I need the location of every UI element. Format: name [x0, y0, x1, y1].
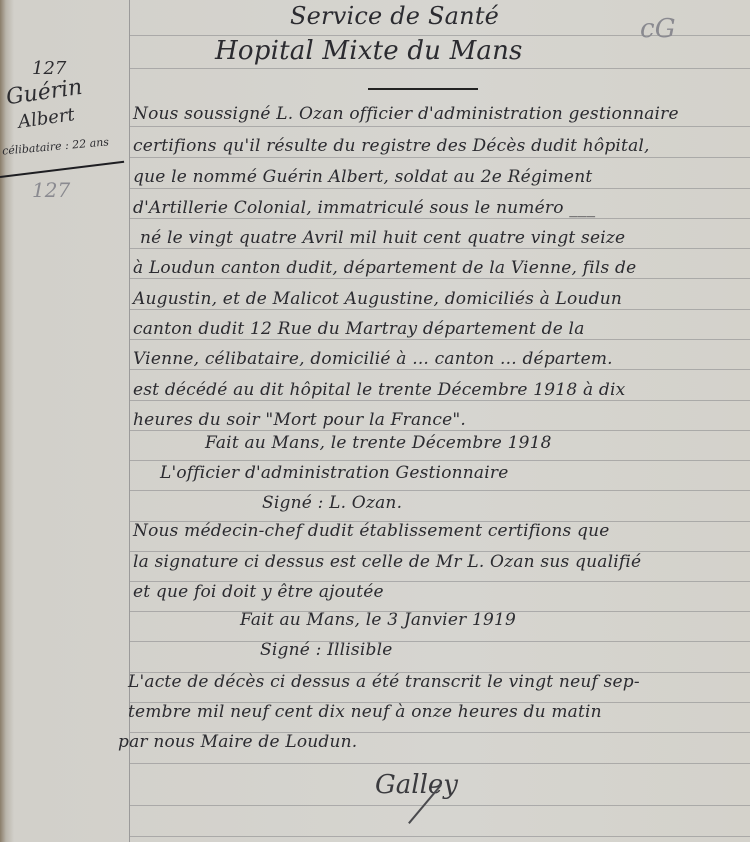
header-service: Service de Santé: [290, 2, 499, 30]
ruled-line: [130, 836, 750, 837]
done-at-line-2: Fait au Mans, le 3 Janvier 1919: [240, 610, 516, 630]
transcription-line: par nous Maire de Loudun.: [118, 732, 357, 752]
margin-divider: [0, 161, 124, 178]
ruled-line: [130, 641, 750, 642]
ruled-line: [130, 369, 750, 370]
transcription-line: tembre mil neuf cent dix neuf à onze heu…: [128, 702, 602, 722]
ruled-line: [130, 278, 750, 279]
mayor-signature: Galley: [375, 770, 458, 800]
done-at-line-1: Fait au Mans, le trente Décembre 1918: [205, 433, 552, 453]
body-line: d'Artillerie Colonial, immatriculé sous …: [133, 198, 595, 218]
ruled-line: [130, 68, 750, 69]
body-line: certifions qu'il résulte du registre des…: [133, 136, 650, 156]
ruled-line: [130, 490, 750, 491]
body-line: Augustin, et de Malicot Augustine, domic…: [133, 289, 622, 309]
margin-note-age: célibataire : 22 ans: [2, 135, 110, 157]
body-line: né le vingt quatre Avril mil huit cent q…: [140, 228, 625, 248]
certification-line: Nous médecin-chef dudit établissement ce…: [133, 521, 610, 541]
ruled-line: [130, 157, 750, 158]
ruled-line: [130, 763, 750, 764]
register-page: Service de Santé Hopital Mixte du Mans c…: [0, 0, 750, 842]
header-hospital: Hopital Mixte du Mans: [215, 36, 523, 66]
body-line: Vienne, célibataire, domicilié à ... can…: [133, 349, 613, 369]
margin-pencil-number: 127: [32, 178, 70, 202]
corner-mark: cG: [640, 14, 676, 44]
signed-physician: Signé : Illisible: [260, 640, 392, 660]
body-line: Nous soussigné L. Ozan officier d'admini…: [133, 104, 679, 124]
margin-given-name: Albert: [17, 104, 76, 133]
ruled-line: [130, 339, 750, 340]
title-underline: [368, 88, 478, 90]
certification-line: et que foi doit y être ajoutée: [133, 582, 384, 602]
body-line: canton dudit 12 Rue du Martray départeme…: [133, 319, 585, 339]
ruled-line: [130, 126, 750, 127]
ruled-line: [130, 218, 750, 219]
certification-line: la signature ci dessus est celle de Mr L…: [133, 552, 641, 572]
signed-officer: Signé : L. Ozan.: [262, 493, 402, 513]
ruled-line: [130, 188, 750, 189]
ruled-line: [130, 309, 750, 310]
body-line: que le nommé Guérin Albert, soldat au 2e…: [133, 167, 592, 187]
body-line: heures du soir "Mort pour la France".: [133, 410, 466, 430]
officer-title: L'officier d'administration Gestionnaire: [160, 463, 508, 483]
ruled-line: [130, 430, 750, 431]
ruled-line: [130, 248, 750, 249]
margin-entry-number: 127: [32, 58, 66, 79]
ruled-line: [130, 400, 750, 401]
body-line: est décédé au dit hôpital le trente Déce…: [133, 380, 625, 400]
transcription-line: L'acte de décès ci dessus a été transcri…: [128, 672, 640, 692]
ruled-line: [130, 460, 750, 461]
body-line: à Loudun canton dudit, département de la…: [133, 258, 636, 278]
ruled-line: [130, 805, 750, 806]
